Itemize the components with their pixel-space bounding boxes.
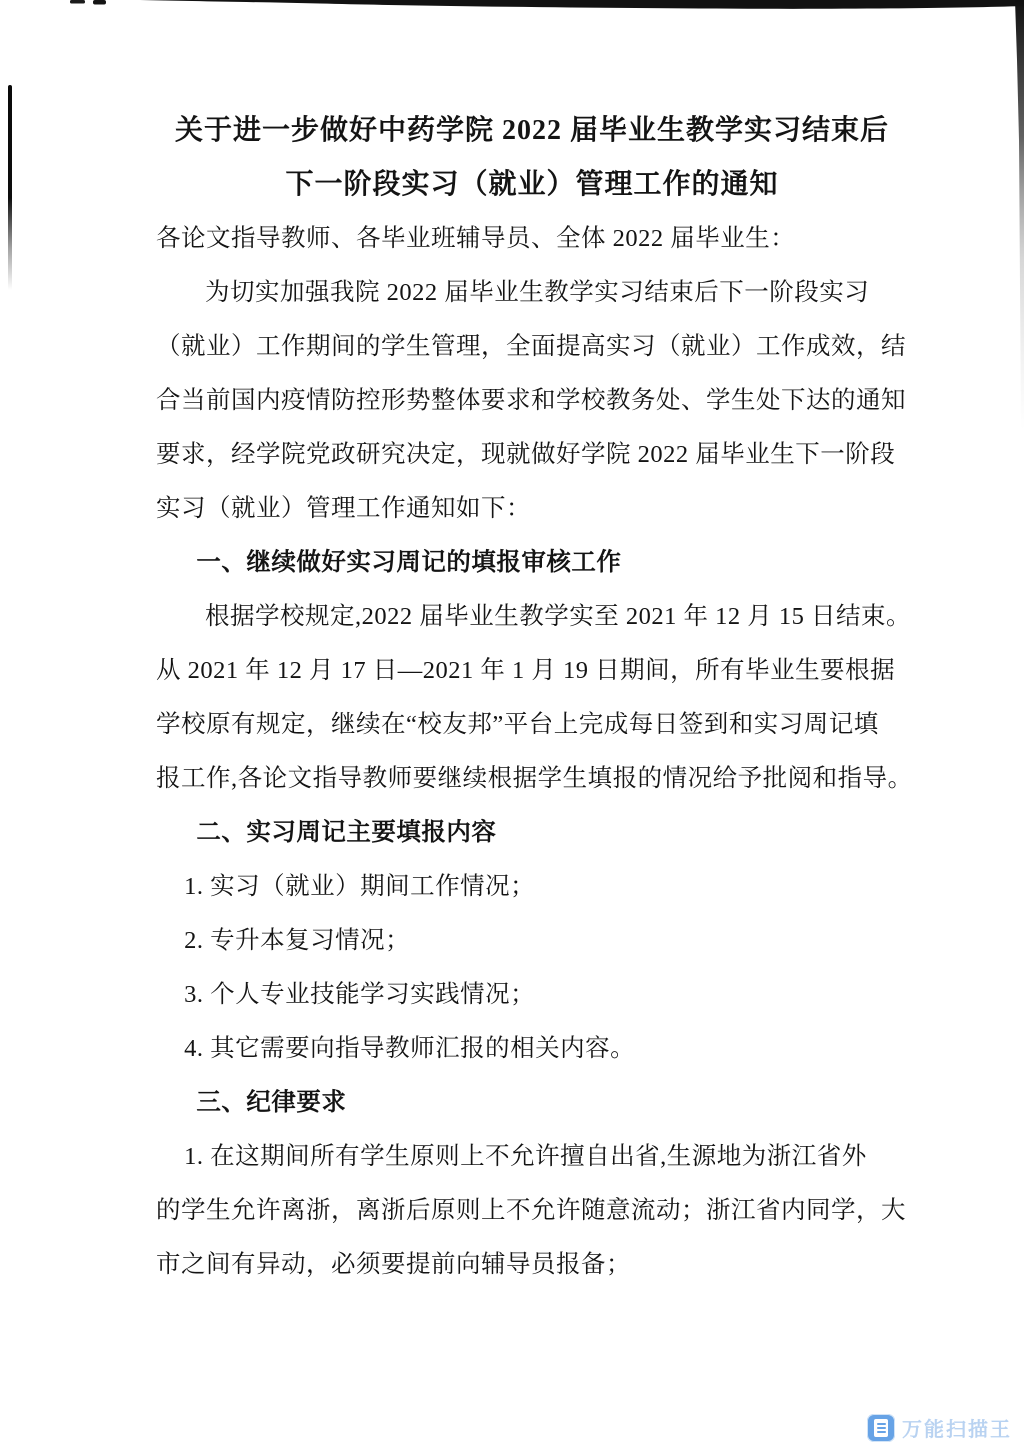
section-3-line: 1. 在这期间所有学生原则上不允许擅自出省,生源地为浙江省外	[156, 1130, 908, 1184]
section-1-line: 报工作,各论文指导教师要继续根据学生填报的情况给予批阅和指导。	[156, 752, 908, 806]
list-item: 3. 个人专业技能学习实践情况；	[156, 968, 908, 1022]
intro-paragraph-line: 要求，经学院党政研究决定，现就做好学院 2022 届毕业生下一阶段	[156, 428, 908, 482]
intro-paragraph-line: 为切实加强我院 2022 届毕业生教学实习结束后下一阶段实习	[156, 266, 908, 320]
section-1-line: 根据学校规定,2022 届毕业生教学实至 2021 年 12 月 15 日结束。	[156, 590, 908, 644]
intro-paragraph-line: （就业）工作期间的学生管理，全面提高实习（就业）工作成效，结	[156, 320, 908, 374]
document-title-line-1: 关于进一步做好中药学院 2022 届毕业生教学实习结束后	[156, 104, 908, 158]
scan-edge-artifact-right	[1012, 0, 1024, 430]
scanner-app-icon	[867, 1414, 895, 1442]
list-item: 2. 专升本复习情况；	[156, 914, 908, 968]
watermark: 万能扫描王	[867, 1413, 1012, 1442]
scan-edge-artifact-left	[8, 85, 12, 290]
list-item: 1. 实习（就业）期间工作情况；	[156, 860, 908, 914]
section-3-heading: 三、纪律要求	[156, 1076, 908, 1130]
salutation: 各论文指导教师、各毕业班辅导员、全体 2022 届毕业生：	[156, 212, 908, 266]
document-title-line-2: 下一阶段实习（就业）管理工作的通知	[156, 158, 908, 212]
section-1-line: 学校原有规定，继续在“校友邦”平台上完成每日签到和实习周记填	[156, 698, 908, 752]
scan-edge-artifact-top	[0, 0, 1024, 14]
document-glyph	[874, 1419, 888, 1437]
section-3-line: 的学生允许离浙，离浙后原则上不允许随意流动；浙江省内同学，大	[156, 1184, 908, 1238]
section-1-heading: 一、继续做好实习周记的填报审核工作	[156, 536, 908, 590]
section-3-line: 市之间有异动，必须要提前向辅导员报备；	[156, 1238, 908, 1292]
document-body: 关于进一步做好中药学院 2022 届毕业生教学实习结束后 下一阶段实习（就业）管…	[156, 104, 908, 1292]
intro-paragraph-line: 合当前国内疫情防控形势整体要求和学校教务处、学生处下达的通知	[156, 374, 908, 428]
scanned-document-page: 关于进一步做好中药学院 2022 届毕业生教学实习结束后 下一阶段实习（就业）管…	[0, 0, 1024, 1448]
intro-paragraph-line: 实习（就业）管理工作通知如下：	[156, 482, 908, 536]
watermark-label: 万能扫描王	[902, 1413, 1012, 1442]
section-1-line: 从 2021 年 12 月 17 日—2021 年 1 月 19 日期间，所有毕…	[156, 644, 908, 698]
list-item: 4. 其它需要向指导教师汇报的相关内容。	[156, 1022, 908, 1076]
section-2-heading: 二、实习周记主要填报内容	[156, 806, 908, 860]
